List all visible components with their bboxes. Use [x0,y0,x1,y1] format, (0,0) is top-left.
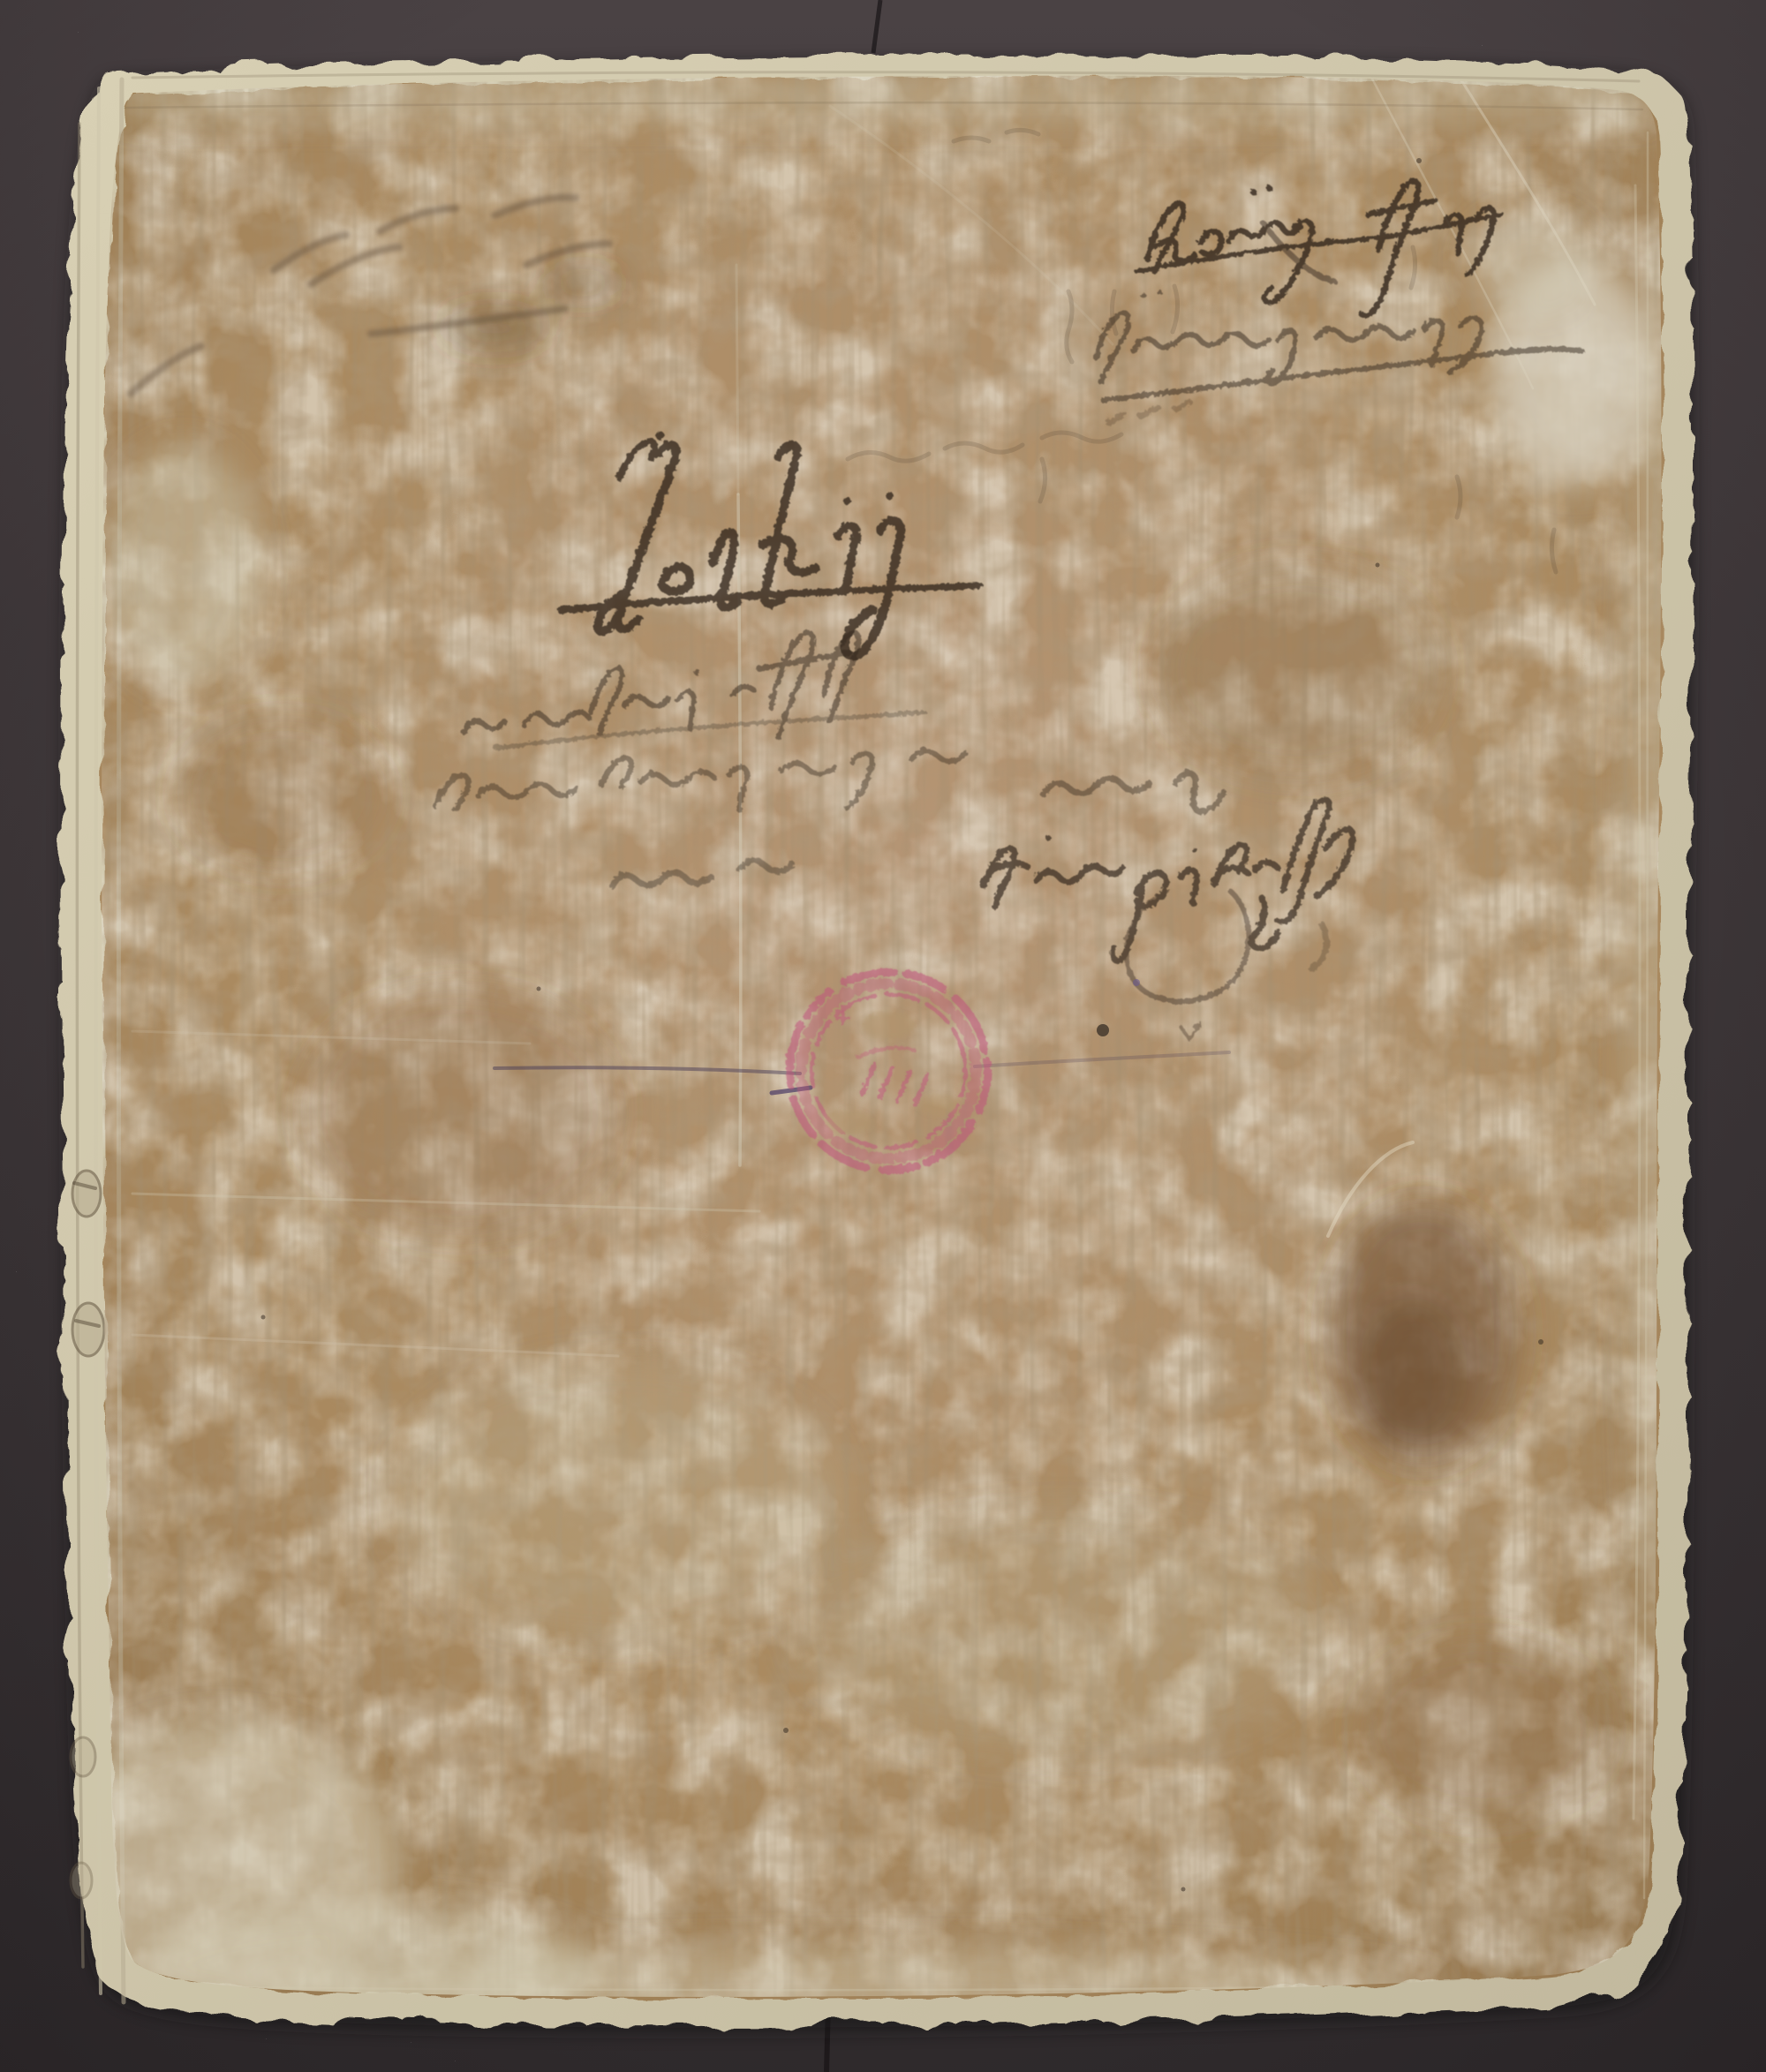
dark-mottle [1360,1642,1607,1819]
stitch-knot [71,1737,95,1776]
manuscript-photo-svg [0,0,1766,2072]
photograph-of-manuscript-cover: [faded illegible marks] Kőszeg [?] — fai… [0,0,1766,2072]
pale-patch-left [109,446,259,684]
pale-wash [795,1510,1324,1757]
stitch-knot [72,1303,104,1356]
dark-stain [1355,1298,1468,1450]
dark-mottle [177,715,389,874]
dark-mottle [1157,565,1439,777]
stitch-knot [72,1171,101,1217]
purple-ink-dot [1133,979,1140,986]
stitch-knot [71,1863,92,1898]
smudge [544,267,622,298]
ink-blot [1097,1024,1109,1036]
pale-wash [389,1360,848,1642]
center-fold-line [736,265,738,494]
